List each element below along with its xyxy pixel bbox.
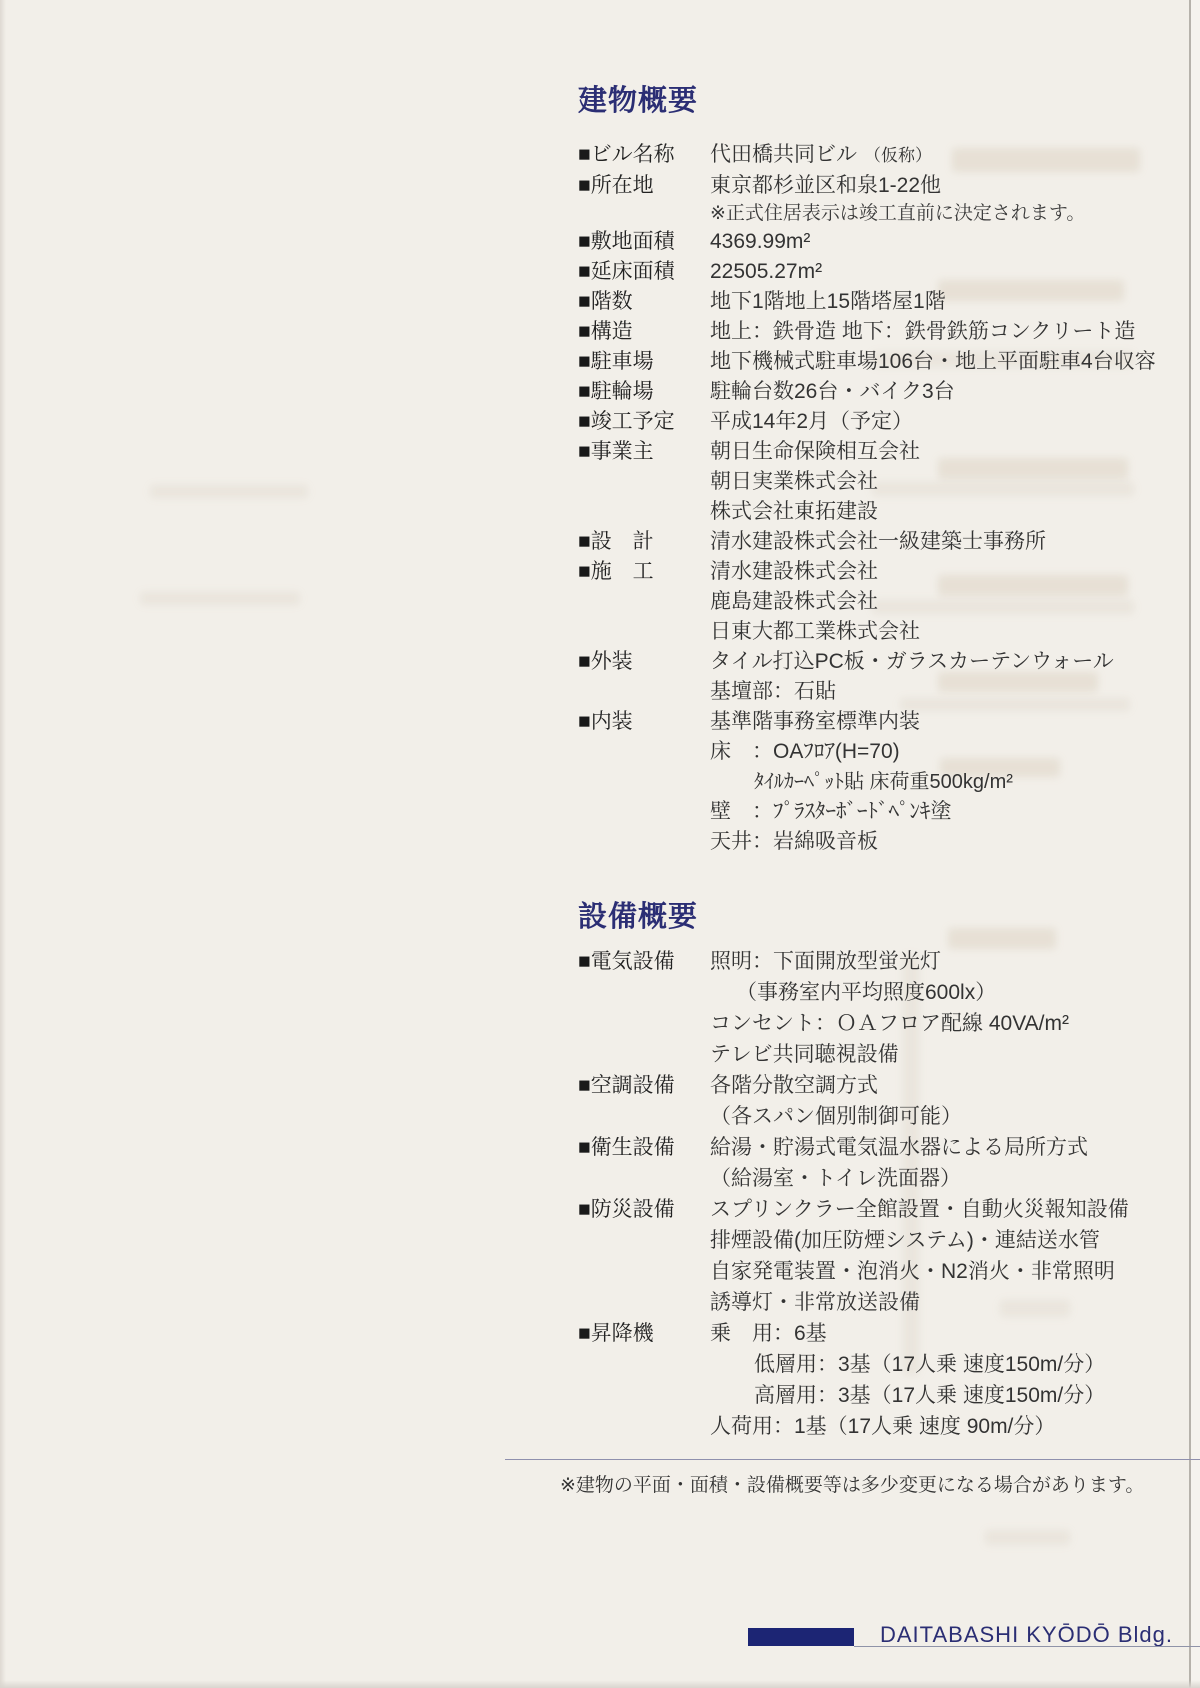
spec-row-parking: ■駐車場 地下機械式駐車場106台・地上平面駐車4台収容 — [578, 347, 1188, 377]
spec-label-text: ビル名称 — [591, 143, 675, 166]
spec-value-line: 日東大都工業株式会社 — [710, 617, 1188, 647]
bullet-square-icon: ■ — [578, 650, 591, 673]
spec-row-site-area: ■敷地面積 4369.99m² — [578, 227, 1188, 257]
spec-label: ■構造 — [578, 317, 710, 347]
spec-label-text: 設 計 — [591, 530, 654, 553]
spec-value-line: 清水建設株式会社一級建築士事務所 — [710, 527, 1188, 557]
spec-row-floors: ■階数 地下1階地上15階塔屋1階 — [578, 287, 1188, 317]
spec-row-sanitary: ■衛生設備 給湯・貯湯式電気温水器による局所方式 （給湯室・トイレ洗面器） — [578, 1132, 1188, 1194]
spec-value-line: 照明：下面開放型蛍光灯 — [710, 946, 1188, 977]
bullet-square-icon: ■ — [578, 710, 591, 733]
spec-value: 各階分散空調方式 （各スパン個別制御可能） — [710, 1070, 1188, 1132]
bullet-square-icon: ■ — [578, 1198, 591, 1221]
spec-value-line: 朝日生命保険相互会社 — [710, 437, 1188, 467]
scanned-brochure-page: 建物概要 ■ビル名称 代田橋共同ビル（仮称） ■所在地 東京都杉並区和泉1-22… — [0, 0, 1200, 1688]
spec-value-line: 誘導灯・非常放送設備 — [710, 1287, 1188, 1318]
spec-label-text: 竣工予定 — [591, 410, 675, 433]
spec-label: ■延床面積 — [578, 257, 710, 287]
spec-value: スプリンクラー全館設置・自動火災報知設備 排煙設備(加圧防煙システム)・連結送水… — [710, 1194, 1188, 1318]
disclaimer-note: ※建物の平面・面積・設備概要等は多少変更になる場合があります。 — [560, 1474, 1144, 1498]
spec-value-line: 壁 ：ﾌﾟﾗｽﾀｰﾎﾞｰﾄﾞﾍﾟﾝｷ塗 — [710, 797, 1188, 827]
address-footnote: ※正式住居表示は竣工直前に決定されます。 — [710, 201, 1188, 227]
spec-label: ■施 工 — [578, 557, 710, 587]
spec-value: 代田橋共同ビル（仮称） — [710, 140, 1188, 171]
spec-label: ■昇降機 — [578, 1318, 710, 1349]
spec-value-line: 地上：鉄骨造 地下：鉄骨鉄筋コンクリート造 — [710, 317, 1188, 347]
spec-label-text: 防災設備 — [591, 1198, 675, 1221]
spec-label-text: 敷地面積 — [591, 230, 675, 253]
page-left-edge-shade — [0, 0, 6, 1688]
spec-row-disaster-prevention: ■防災設備 スプリンクラー全館設置・自動火災報知設備 排煙設備(加圧防煙システム… — [578, 1194, 1188, 1318]
page-fold-line — [1189, 0, 1191, 1688]
spec-value: 平成14年2月（予定） — [710, 407, 1188, 437]
equipment-overview-section: 設備概要 ■電気設備 照明：下面開放型蛍光灯 （事務室内平均照度600lx） コ… — [578, 900, 1188, 1442]
spec-value-line: 各階分散空調方式 — [710, 1070, 1188, 1101]
spec-value-line: 給湯・貯湯式電気温水器による局所方式 — [710, 1132, 1188, 1163]
spec-label: ■所在地 — [578, 171, 710, 201]
spec-value: 地上：鉄骨造 地下：鉄骨鉄筋コンクリート造 — [710, 317, 1188, 347]
spec-value-line: 排煙設備(加圧防煙システム)・連結送水管 — [710, 1225, 1188, 1256]
spec-row-building-name: ■ビル名称 代田橋共同ビル（仮称） — [578, 140, 1188, 171]
spec-row-interior: ■内装 基準階事務室標準内装 床 ：OAﾌﾛｱ(H=70) ﾀｲﾙｶｰﾍﾟｯﾄ貼… — [578, 707, 1188, 857]
spec-label-text: 延床面積 — [591, 260, 675, 283]
spec-value-line: 自家発電装置・泡消火・N2消火・非常照明 — [710, 1256, 1188, 1287]
spec-row-address: ■所在地 東京都杉並区和泉1-22他 ※正式住居表示は竣工直前に決定されます。 — [578, 171, 1188, 227]
bullet-square-icon: ■ — [578, 530, 591, 553]
spec-value-line: コンセント：ＯＡフロア配線 40VA/m² — [710, 1008, 1188, 1039]
spec-label-text: 駐輪場 — [591, 380, 654, 403]
spec-label: ■敷地面積 — [578, 227, 710, 257]
spec-label-text: 昇降機 — [591, 1322, 654, 1345]
spec-label-text: 外装 — [591, 650, 633, 673]
building-overview-section: 建物概要 ■ビル名称 代田橋共同ビル（仮称） ■所在地 東京都杉並区和泉1-22… — [578, 84, 1188, 857]
spec-value-line: 清水建設株式会社 — [710, 557, 1188, 587]
spec-label: ■外装 — [578, 647, 710, 677]
bleedthrough-ghost — [150, 485, 308, 498]
spec-row-bicycle-parking: ■駐輪場 駐輪台数26台・バイク3台 — [578, 377, 1188, 407]
bullet-square-icon: ■ — [578, 320, 591, 343]
page-right-margin — [1191, 0, 1200, 1688]
spec-value-line: タイル打込PC板・ガラスカーテンウォール — [710, 647, 1188, 677]
spec-value-line: 代田橋共同ビル（仮称） — [710, 140, 1188, 171]
bullet-square-icon: ■ — [578, 1074, 591, 1097]
spec-row-hvac: ■空調設備 各階分散空調方式 （各スパン個別制御可能） — [578, 1070, 1188, 1132]
spec-value-line: 低層用：3基（17人乗 速度150m/分） — [710, 1349, 1188, 1380]
spec-value-line: （各スパン個別制御可能） — [710, 1101, 1188, 1132]
spec-value: 清水建設株式会社一級建築士事務所 — [710, 527, 1188, 557]
spec-label: ■内装 — [578, 707, 710, 737]
spec-label: ■空調設備 — [578, 1070, 710, 1101]
spec-label: ■階数 — [578, 287, 710, 317]
spec-value: 清水建設株式会社 鹿島建設株式会社 日東大都工業株式会社 — [710, 557, 1188, 647]
spec-row-completion: ■竣工予定 平成14年2月（予定） — [578, 407, 1188, 437]
spec-value-line: 乗 用：6基 — [710, 1318, 1188, 1349]
spec-value-line: 平成14年2月（予定） — [710, 407, 1188, 437]
spec-label: ■竣工予定 — [578, 407, 710, 437]
spec-value-line: （給湯室・トイレ洗面器） — [710, 1163, 1188, 1194]
page-bottom-edge-shade — [0, 1680, 1200, 1688]
spec-row-elevators: ■昇降機 乗 用：6基 低層用：3基（17人乗 速度150m/分） 高層用：3基… — [578, 1318, 1188, 1442]
spec-value-line: 床 ：OAﾌﾛｱ(H=70) — [710, 737, 1188, 767]
spec-value-line: テレビ共同聴視設備 — [710, 1039, 1188, 1070]
note-divider-line — [505, 1459, 1200, 1460]
spec-label: ■駐輪場 — [578, 377, 710, 407]
spec-value: タイル打込PC板・ガラスカーテンウォール 基壇部：石貼 — [710, 647, 1188, 707]
spec-value: 乗 用：6基 低層用：3基（17人乗 速度150m/分） 高層用：3基（17人乗… — [710, 1318, 1188, 1442]
bullet-square-icon: ■ — [578, 410, 591, 433]
bullet-square-icon: ■ — [578, 950, 591, 973]
spec-label-text: 階数 — [591, 290, 633, 313]
bullet-square-icon: ■ — [578, 440, 591, 463]
spec-value-line: 駐輪台数26台・バイク3台 — [710, 377, 1188, 407]
bullet-square-icon: ■ — [578, 260, 591, 283]
spec-label-text: 所在地 — [591, 174, 654, 197]
spec-value-line: 高層用：3基（17人乗 速度150m/分） — [710, 1380, 1188, 1411]
bullet-square-icon: ■ — [578, 143, 591, 166]
spec-value: 照明：下面開放型蛍光灯 （事務室内平均照度600lx） コンセント：ＯＡフロア配… — [710, 946, 1188, 1070]
spec-label-text: 内装 — [591, 710, 633, 733]
spec-label-text: 構造 — [591, 320, 633, 343]
bullet-square-icon: ■ — [578, 560, 591, 583]
spec-value-line: 地下1階地上15階塔屋1階 — [710, 287, 1188, 317]
bleedthrough-ghost — [985, 1530, 1070, 1545]
spec-row-structure: ■構造 地上：鉄骨造 地下：鉄骨鉄筋コンクリート造 — [578, 317, 1188, 347]
spec-value: 駐輪台数26台・バイク3台 — [710, 377, 1188, 407]
spec-value: 給湯・貯湯式電気温水器による局所方式 （給湯室・トイレ洗面器） — [710, 1132, 1188, 1194]
spec-value-line: ﾀｲﾙｶｰﾍﾟｯﾄ貼 床荷重500kg/m² — [710, 767, 1188, 797]
spec-row-electrical: ■電気設備 照明：下面開放型蛍光灯 （事務室内平均照度600lx） コンセント：… — [578, 946, 1188, 1070]
spec-value-line: 地下機械式駐車場106台・地上平面駐車4台収容 — [710, 347, 1188, 377]
spec-row-construction: ■施 工 清水建設株式会社 鹿島建設株式会社 日東大都工業株式会社 — [578, 557, 1188, 647]
building-overview-rows: ■ビル名称 代田橋共同ビル（仮称） ■所在地 東京都杉並区和泉1-22他 ※正式… — [578, 140, 1188, 857]
bullet-square-icon: ■ — [578, 380, 591, 403]
spec-value: 基準階事務室標準内装 床 ：OAﾌﾛｱ(H=70) ﾀｲﾙｶｰﾍﾟｯﾄ貼 床荷重… — [710, 707, 1188, 857]
spec-value-line: 人荷用：1基（17人乗 速度 90m/分） — [710, 1411, 1188, 1442]
spec-value: 4369.99m² — [710, 227, 1188, 257]
footer-building-brand: DAITABASHI KYŌDŌ Bldg. — [880, 1622, 1173, 1648]
spec-value: 朝日生命保険相互会社 朝日実業株式会社 株式会社東拓建設 — [710, 437, 1188, 527]
spec-value-line: 基準階事務室標準内装 — [710, 707, 1188, 737]
bullet-square-icon: ■ — [578, 230, 591, 253]
building-overview-title: 建物概要 — [578, 84, 1188, 118]
spec-value-line: 天井：岩綿吸音板 — [710, 827, 1188, 857]
bleedthrough-ghost — [140, 592, 300, 605]
spec-row-floor-area: ■延床面積 22505.27m² — [578, 257, 1188, 287]
spec-label: ■駐車場 — [578, 347, 710, 377]
spec-label-text: 駐車場 — [591, 350, 654, 373]
footer-navy-bar — [748, 1628, 854, 1646]
bullet-square-icon: ■ — [578, 350, 591, 373]
spec-label-text: 事業主 — [591, 440, 654, 463]
footer-rule-line — [854, 1646, 1200, 1647]
spec-label: ■電気設備 — [578, 946, 710, 977]
spec-row-exterior: ■外装 タイル打込PC板・ガラスカーテンウォール 基壇部：石貼 — [578, 647, 1188, 707]
spec-label-text: 施 工 — [591, 560, 654, 583]
spec-label-text: 空調設備 — [591, 1074, 675, 1097]
spec-value: 東京都杉並区和泉1-22他 ※正式住居表示は竣工直前に決定されます。 — [710, 171, 1188, 227]
bullet-square-icon: ■ — [578, 1322, 591, 1345]
spec-value-line: 朝日実業株式会社 — [710, 467, 1188, 497]
spec-value-line: 22505.27m² — [710, 257, 1188, 287]
spec-label: ■事業主 — [578, 437, 710, 467]
spec-value-line: 株式会社東拓建設 — [710, 497, 1188, 527]
spec-row-design: ■設 計 清水建設株式会社一級建築士事務所 — [578, 527, 1188, 557]
spec-value-line: 基壇部：石貼 — [710, 677, 1188, 707]
spec-label-text: 電気設備 — [591, 950, 675, 973]
bullet-square-icon: ■ — [578, 290, 591, 313]
spec-value-line: 東京都杉並区和泉1-22他 — [710, 171, 1188, 201]
equipment-overview-title: 設備概要 — [578, 900, 1188, 934]
spec-row-developer: ■事業主 朝日生命保険相互会社 朝日実業株式会社 株式会社東拓建設 — [578, 437, 1188, 527]
spec-value-line: スプリンクラー全館設置・自動火災報知設備 — [710, 1194, 1188, 1225]
bullet-square-icon: ■ — [578, 1136, 591, 1159]
spec-label: ■ビル名称 — [578, 140, 710, 170]
spec-value-line: （事務室内平均照度600lx） — [710, 977, 1188, 1008]
bullet-square-icon: ■ — [578, 174, 591, 197]
spec-label: ■防災設備 — [578, 1194, 710, 1225]
spec-value: 地下機械式駐車場106台・地上平面駐車4台収容 — [710, 347, 1188, 377]
tentative-name-suffix: （仮称） — [864, 146, 932, 165]
spec-label: ■設 計 — [578, 527, 710, 557]
spec-value-line: 4369.99m² — [710, 227, 1188, 257]
spec-label: ■衛生設備 — [578, 1132, 710, 1163]
spec-label-text: 衛生設備 — [591, 1136, 675, 1159]
spec-value: 22505.27m² — [710, 257, 1188, 287]
spec-value-line: 鹿島建設株式会社 — [710, 587, 1188, 617]
spec-value: 地下1階地上15階塔屋1階 — [710, 287, 1188, 317]
equipment-overview-rows: ■電気設備 照明：下面開放型蛍光灯 （事務室内平均照度600lx） コンセント：… — [578, 946, 1188, 1442]
